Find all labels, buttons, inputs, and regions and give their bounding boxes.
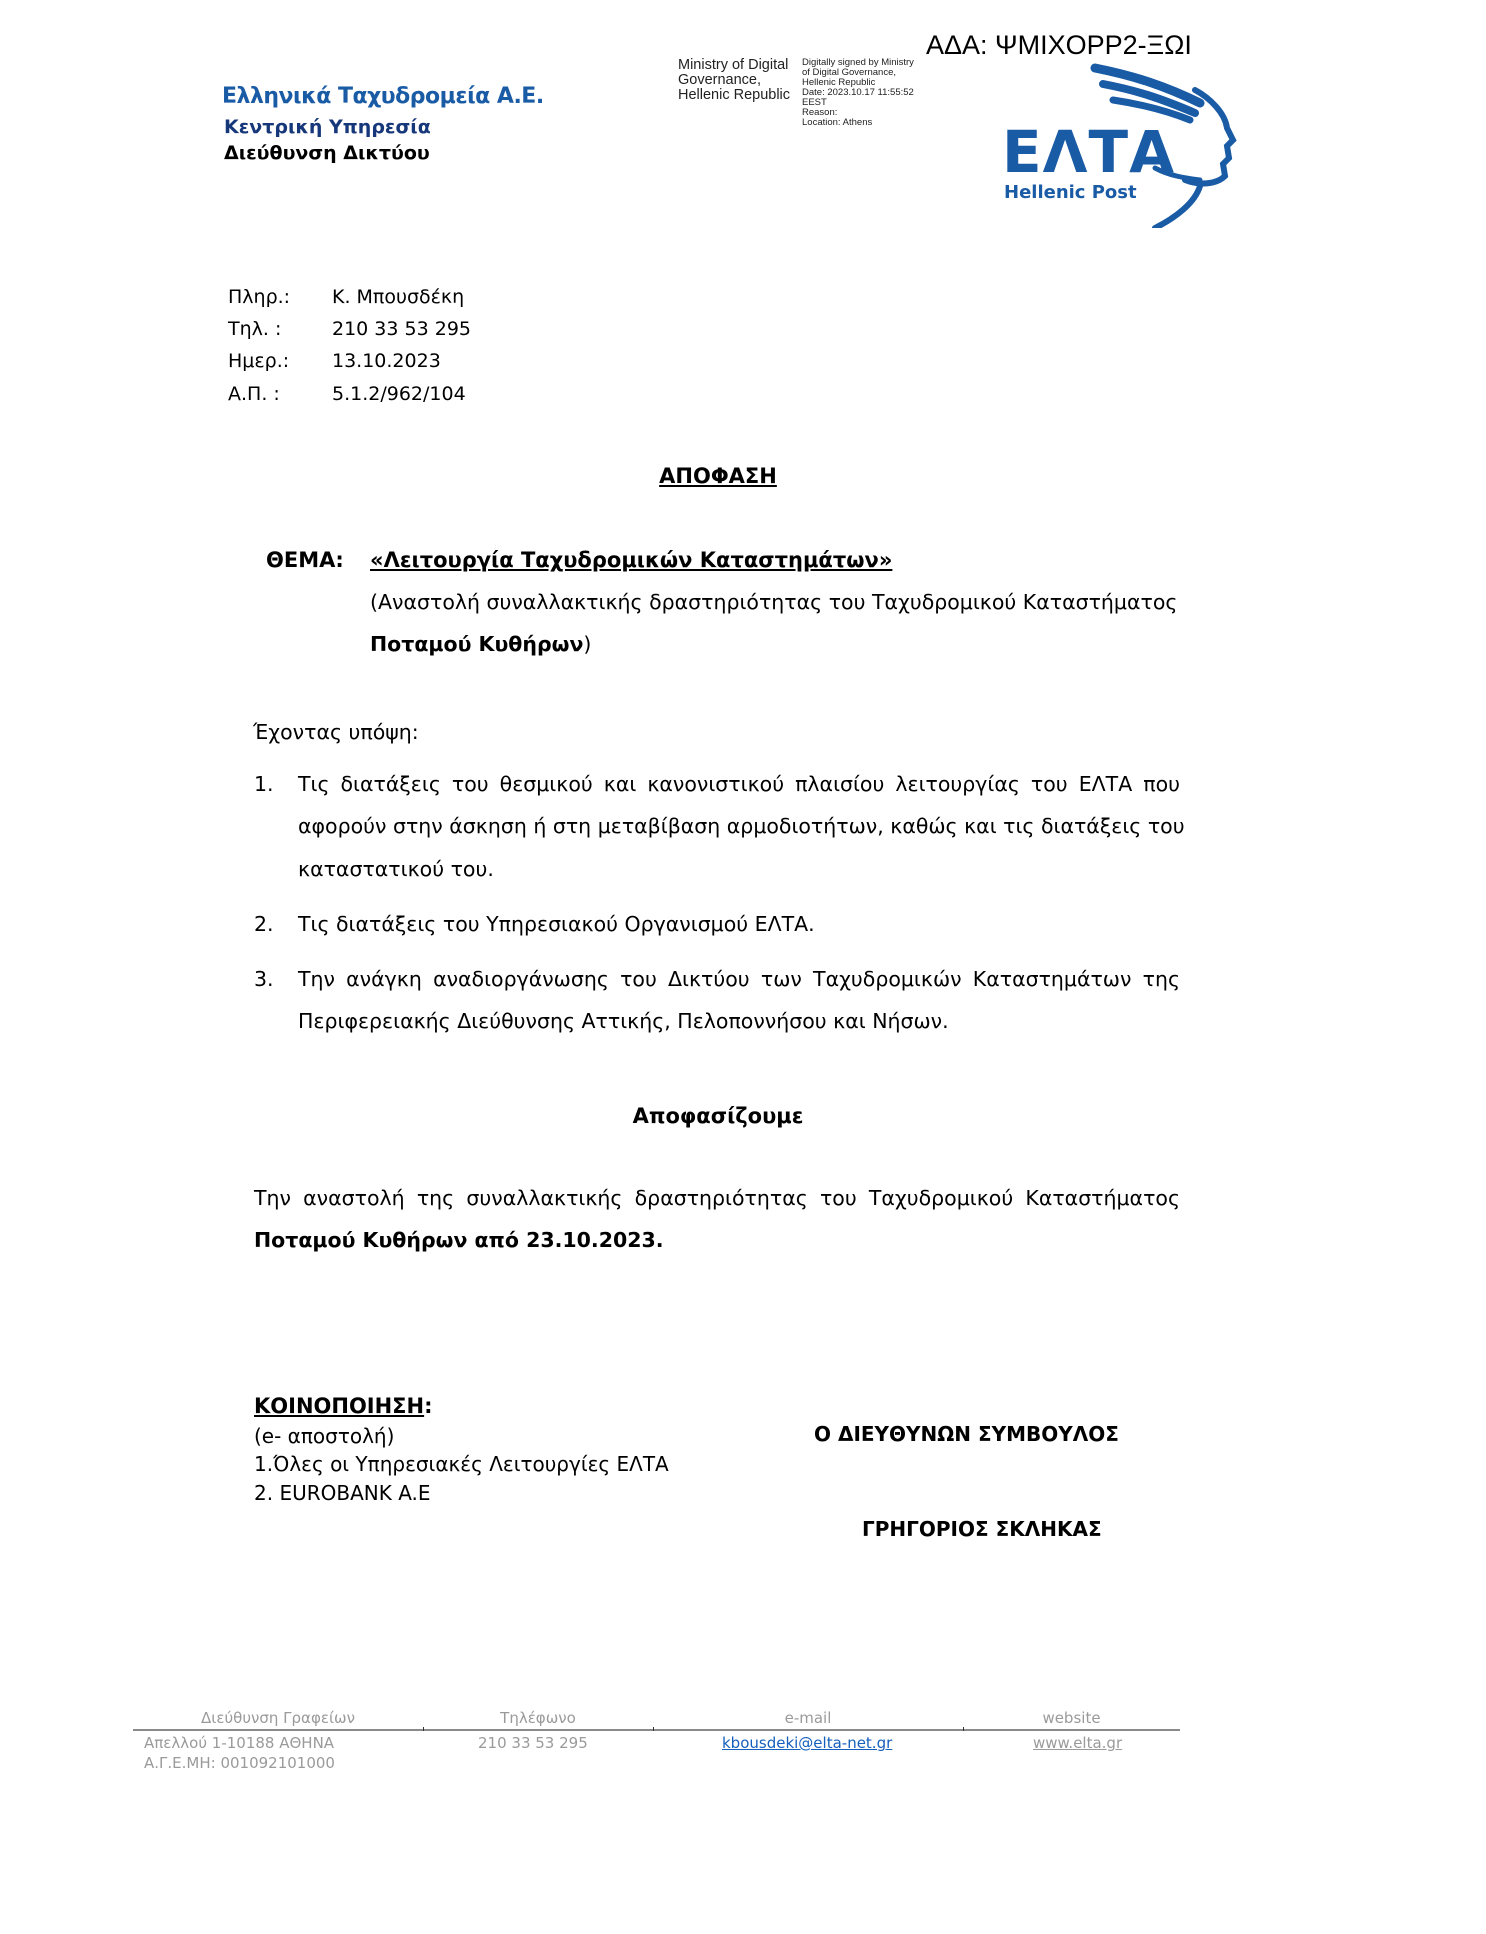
- footer-divider-tick: [653, 1727, 654, 1731]
- info-label-date: Ημερ.:: [228, 350, 289, 372]
- considering-heading: Έχοντας υπόψη:: [253, 720, 419, 744]
- ada-code: ΑΔΑ: ΨΜΙΧΟΡΡ2-ΞΩΙ: [926, 30, 1192, 61]
- info-value-protocol: 5.1.2/962/104: [332, 383, 466, 405]
- logo-subtitle: Hellenic Post: [1004, 182, 1137, 203]
- decision-text: Την αναστολή της συναλλακτικής δραστηριό…: [254, 1186, 1180, 1210]
- subject-title: «Λειτουργία Ταχυδρομικών Καταστημάτων»: [370, 548, 892, 572]
- footer-address: Απελλού 1-10188 ΑΘΗΝΑ: [144, 1734, 334, 1752]
- subject-description: (Αναστολή συναλλακτικής δραστηριότητας τ…: [370, 590, 1177, 614]
- logo-text: ΕΛΤΑ: [1002, 118, 1175, 186]
- info-label-protocol: Α.Π. :: [228, 383, 280, 405]
- paren-close: ): [583, 632, 591, 656]
- org-department: Διεύθυνση Δικτύου: [224, 142, 430, 164]
- item-number: 2.: [254, 912, 274, 936]
- distribution-title-text: ΚΟΙΝΟΠΟΙΗΣΗ: [254, 1394, 424, 1418]
- footer-phone: 210 33 53 295: [478, 1734, 588, 1752]
- footer-divider-tick: [423, 1727, 424, 1731]
- footer-divider: [133, 1729, 1180, 1731]
- item-line: Τις διατάξεις του Υπηρεσιακού Οργανισμού…: [298, 912, 1180, 936]
- document-title: ΑΠΟΦΑΣΗ: [0, 464, 1436, 488]
- footer-divider-tick: [963, 1727, 964, 1731]
- org-unit: Κεντρική Υπηρεσία: [224, 116, 431, 138]
- distribution-title: ΚΟΙΝΟΠΟΙΗΣΗ:: [254, 1394, 433, 1418]
- info-label-phone: Τηλ. :: [228, 318, 281, 340]
- footer-header-email: e-mail: [653, 1709, 963, 1727]
- decision-text-bold: Ποταμού Κυθήρων από 23.10.2023.: [254, 1228, 664, 1252]
- footer-website-link[interactable]: www.elta.gr: [1033, 1734, 1122, 1752]
- footer-header-address: Διεύθυνση Γραφείων: [133, 1709, 423, 1727]
- signatory-title: Ο ΔΙΕΥΘΥΝΩΝ ΣΥΜΒΟΥΛΟΣ: [814, 1422, 1119, 1446]
- subject-label: ΘΕΜΑ:: [266, 548, 344, 572]
- footer-email-link[interactable]: kbousdeki@elta-net.gr: [722, 1734, 892, 1752]
- item-line: Τις διατάξεις του θεσμικού και κανονιστι…: [298, 772, 1180, 796]
- colon: :: [424, 1394, 432, 1418]
- item-line: αφορούν στην άσκηση ή στη μεταβίβαση αρμ…: [298, 814, 1180, 838]
- info-label-contact: Πληρ.:: [228, 286, 290, 308]
- distribution-line: (e- αποστολή): [254, 1424, 394, 1448]
- digital-signature-name: Ministry of Digital Governance, Hellenic…: [678, 58, 796, 103]
- footer-registry: Α.Γ.Ε.ΜΗ: 001092101000: [144, 1754, 335, 1772]
- subject-description-cont: Ποταμού Κυθήρων): [370, 632, 591, 656]
- info-value-phone: 210 33 53 295: [332, 318, 471, 340]
- footer-header-phone: Τηλέφωνο: [423, 1709, 653, 1727]
- item-line: Περιφερειακής Διεύθυνσης Αττικής, Πελοπο…: [298, 1009, 1180, 1033]
- digital-signature-details: Digitally signed by Ministry of Digital …: [802, 58, 932, 128]
- item-line: Την ανάγκη αναδιοργάνωσης του Δικτύου τω…: [298, 967, 1180, 991]
- sig-line: Location: Athens: [802, 118, 932, 128]
- item-line: καταστατικού του.: [298, 857, 1180, 881]
- item-number: 3.: [254, 967, 274, 991]
- info-value-contact: Κ. Μπουσδέκη: [332, 286, 464, 308]
- decide-heading: Αποφασίζουμε: [0, 1104, 1436, 1128]
- item-number: 1.: [254, 772, 274, 796]
- distribution-line: 2. EUROBANK A.E: [254, 1481, 431, 1505]
- signatory-name: ΓΡΗΓΟΡΙΟΣ ΣΚΛΗΚΑΣ: [862, 1517, 1102, 1541]
- branch-name: Ποταμού Κυθήρων: [370, 632, 583, 656]
- distribution-line: 1.Όλες οι Υπηρεσιακές Λειτουργίες ΕΛΤΑ: [254, 1452, 669, 1476]
- org-name: Ελληνικά Ταχυδρομεία Α.Ε.: [222, 84, 544, 109]
- footer-header-website: website: [963, 1709, 1180, 1727]
- info-value-date: 13.10.2023: [332, 350, 441, 372]
